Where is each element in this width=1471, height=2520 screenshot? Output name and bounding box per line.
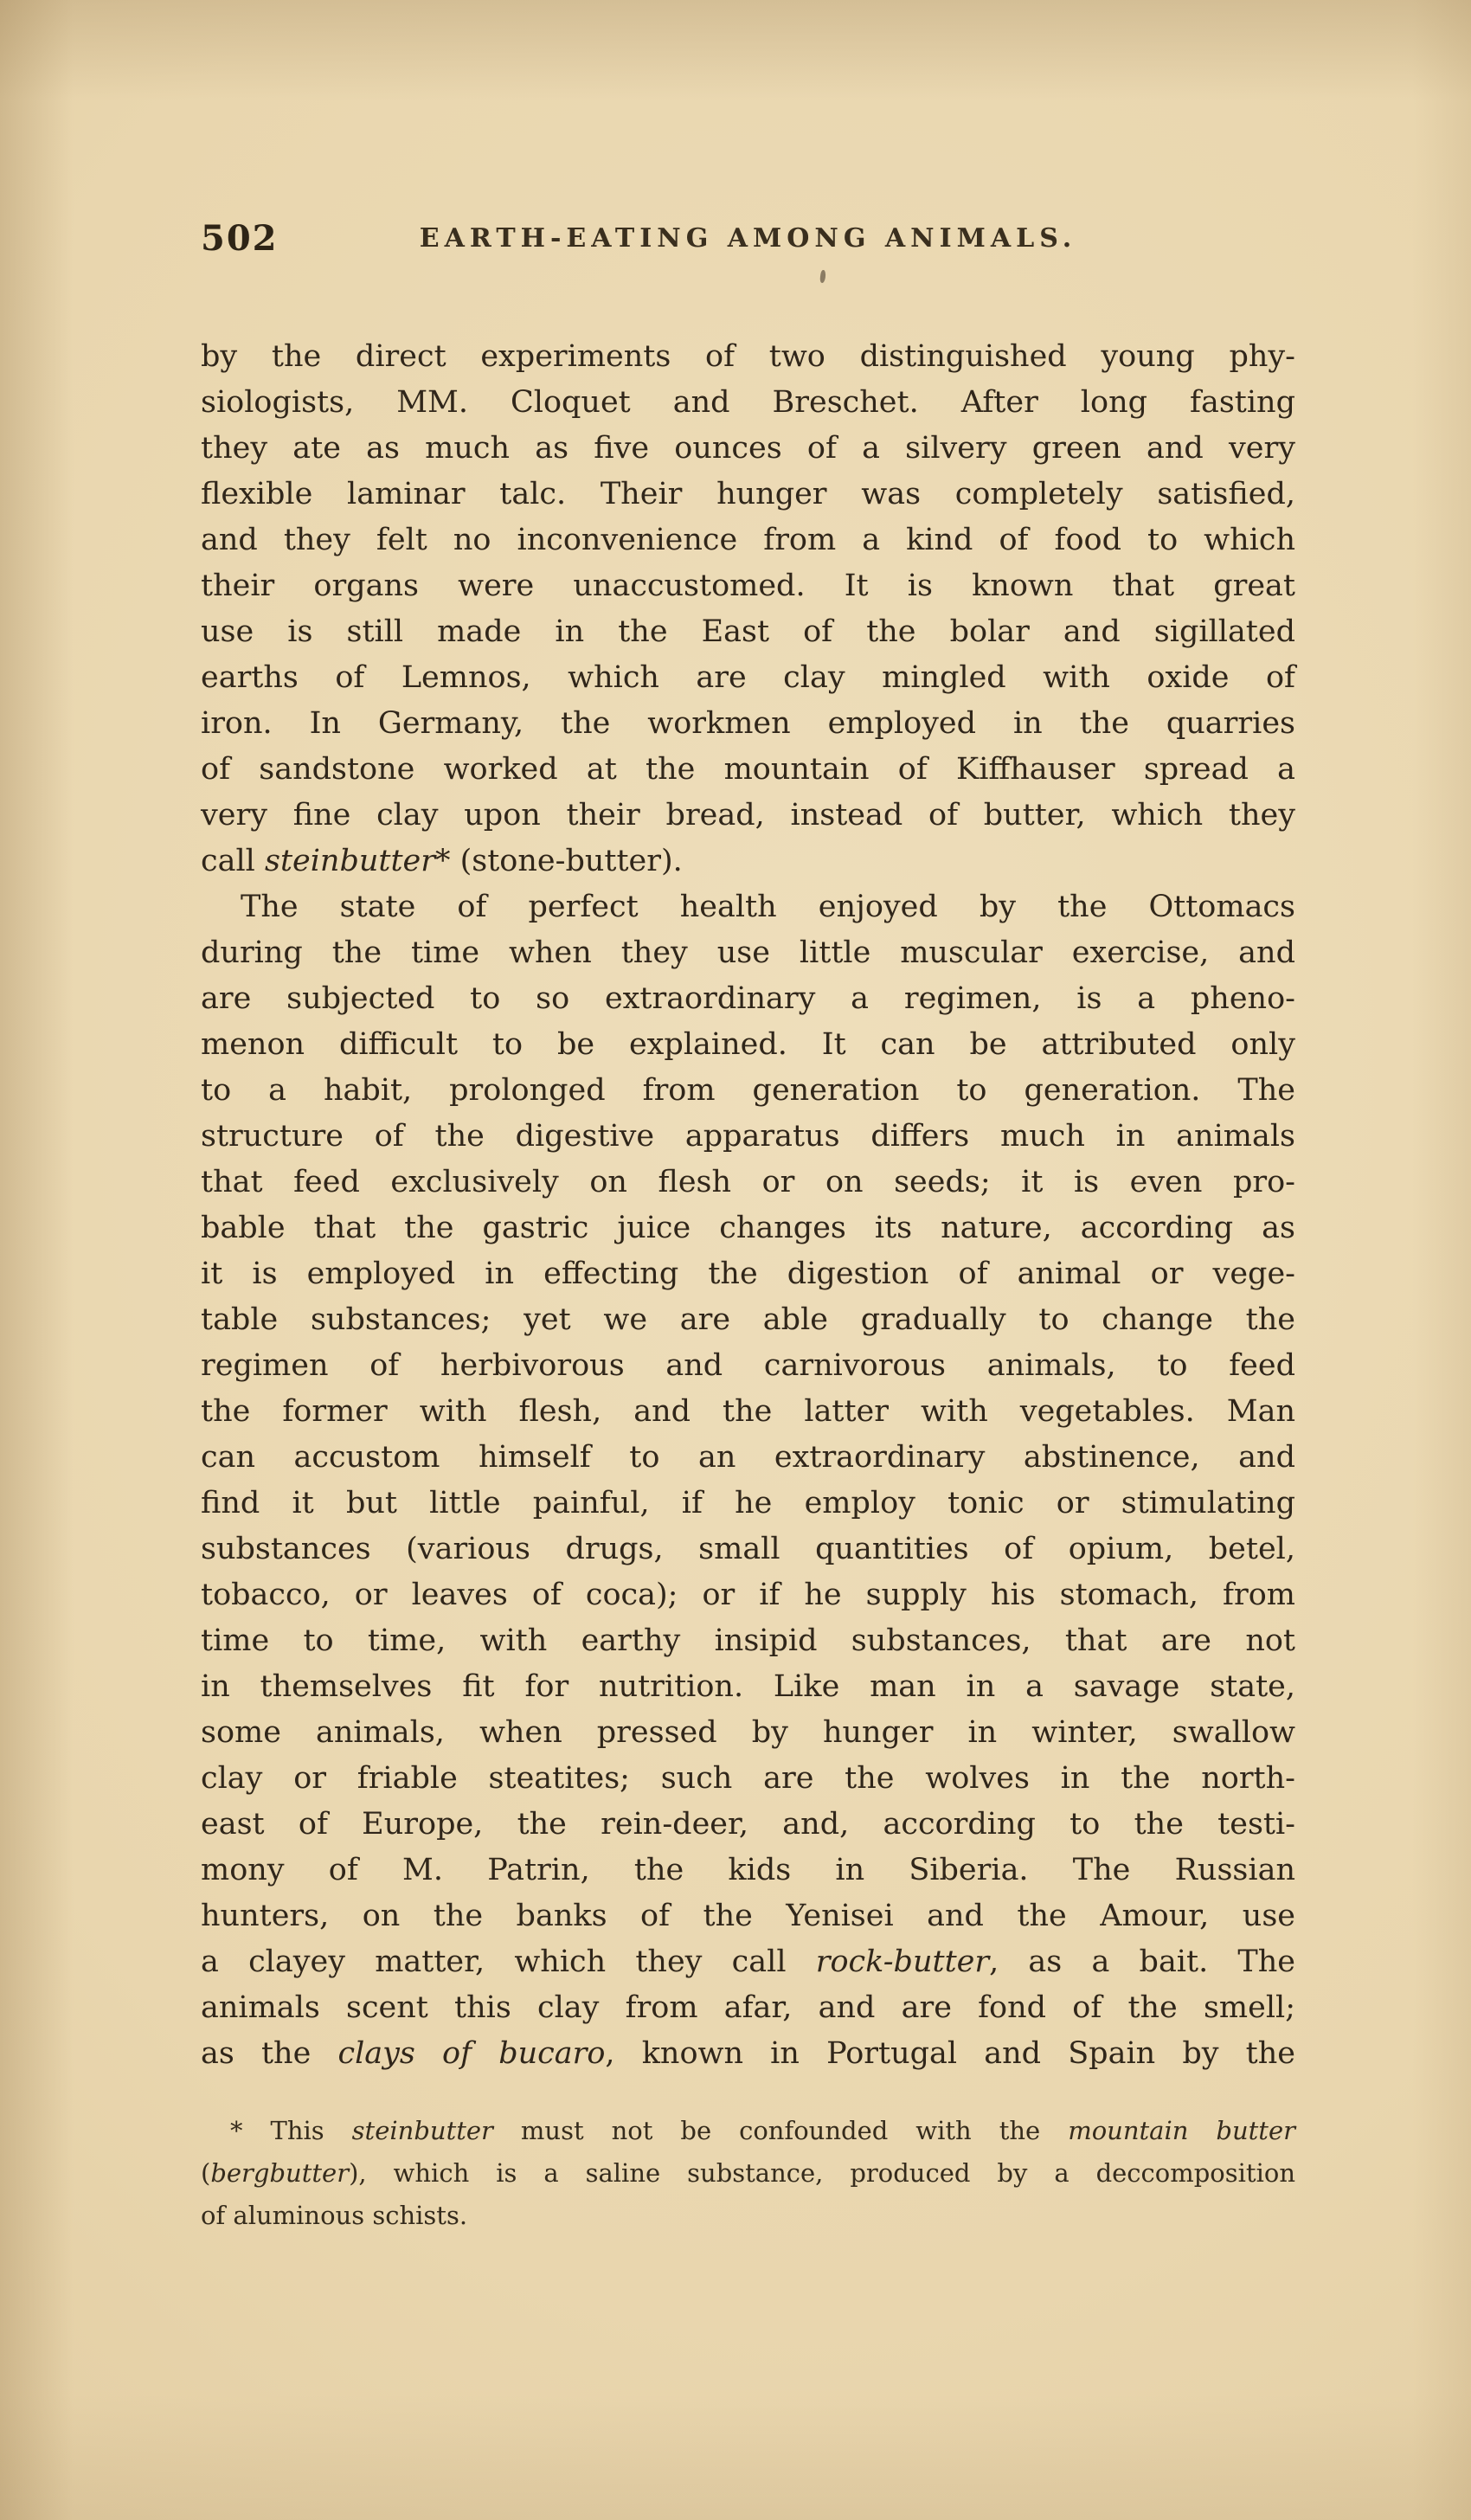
text-line: mony of M. Patrin, the kids in Siberia. … <box>201 1848 1295 1893</box>
text-line: table substances; yet we are able gradua… <box>201 1297 1295 1343</box>
footnote: * This steinbutter must not be confounde… <box>201 2110 1295 2237</box>
text-line: (bergbutter), which is a saline substanc… <box>201 2152 1295 2195</box>
text-line: as the clays of bucaro, known in Portuga… <box>201 2031 1295 2077</box>
text-line: tobacco, or leaves of coca); or if he su… <box>201 1572 1295 1618</box>
text-line: of sandstone worked at the mountain of K… <box>201 747 1295 793</box>
text-line: hunters, on the banks of the Yenisei and… <box>201 1893 1295 1939</box>
text-line: siologists, MM. Cloquet and Breschet. Af… <box>201 380 1295 426</box>
text-line: animals scent this clay from afar, and a… <box>201 1985 1295 2031</box>
text-line: can accustom himself to an extraordinary… <box>201 1435 1295 1481</box>
italic-term: mountain butter <box>1068 2116 1295 2145</box>
text-line: the former with flesh, and the latter wi… <box>201 1389 1295 1435</box>
text-line: flexible laminar talc. Their hunger was … <box>201 472 1295 517</box>
text-line: of aluminous schists. <box>201 2195 1295 2237</box>
text-line: find it but little painful, if he employ… <box>201 1481 1295 1527</box>
text-line: are subjected to so extraordinary a regi… <box>201 976 1295 1022</box>
running-title: EARTH-EATING AMONG ANIMALS. <box>201 223 1295 254</box>
text-line: during the time when they use little mus… <box>201 930 1295 976</box>
text-line: earths of Lemnos, which are clay mingled… <box>201 655 1295 701</box>
italic-term: steinbutter <box>265 844 435 878</box>
running-head: 502 EARTH-EATING AMONG ANIMALS. <box>201 218 1295 261</box>
text-line: clay or friable steatites; such are the … <box>201 1756 1295 1802</box>
text-line: call steinbutter* (stone-butter). <box>201 839 1295 884</box>
text-line: time to time, with earthy insipid substa… <box>201 1618 1295 1664</box>
text-line: it is employed in effecting the digestio… <box>201 1251 1295 1297</box>
text-line: iron. In Germany, the workmen employed i… <box>201 701 1295 747</box>
text-line: by the direct experiments of two disting… <box>201 334 1295 380</box>
text-line: some animals, when pressed by hunger in … <box>201 1710 1295 1756</box>
text-line: * This steinbutter must not be confounde… <box>201 2110 1295 2152</box>
text-line: to a habit, prolonged from generation to… <box>201 1068 1295 1114</box>
italic-term: clays of bucaro <box>337 2036 605 2071</box>
text-line: that feed exclusively on flesh or on see… <box>201 1160 1295 1205</box>
text-line: their organs were unaccustomed. It is kn… <box>201 563 1295 609</box>
text-line: menon difficult to be explained. It can … <box>201 1022 1295 1068</box>
body-text: by the direct experiments of two disting… <box>201 334 1295 2077</box>
italic-term: rock-butter <box>816 1945 989 1979</box>
text-line: substances (various drugs, small quantit… <box>201 1527 1295 1572</box>
text-line: use is still made in the East of the bol… <box>201 609 1295 655</box>
text-line: east of Europe, the rein-deer, and, acco… <box>201 1802 1295 1848</box>
text-line: and they felt no inconvenience from a ki… <box>201 517 1295 563</box>
book-page-scan: 502 EARTH-EATING AMONG ANIMALS. by the d… <box>0 0 1471 2520</box>
italic-term: steinbutter <box>352 2116 493 2145</box>
paragraph-ottomacs: The state of perfect health enjoyed by t… <box>201 884 1295 2077</box>
footnote-text: * This steinbutter must not be confounde… <box>201 2110 1295 2237</box>
text-line: regimen of herbivorous and carnivorous a… <box>201 1343 1295 1389</box>
text-line: in themselves fit for nutrition. Like ma… <box>201 1664 1295 1710</box>
text-line: The state of perfect health enjoyed by t… <box>201 884 1295 930</box>
text-line: a clayey matter, which they call rock-bu… <box>201 1939 1295 1985</box>
text-line: structure of the digestive apparatus dif… <box>201 1114 1295 1160</box>
text-line: they ate as much as five ounces of a sil… <box>201 426 1295 472</box>
text-line: very fine clay upon their bread, instead… <box>201 793 1295 839</box>
paragraph-continuation: by the direct experiments of two disting… <box>201 334 1295 884</box>
ink-speck <box>819 270 826 284</box>
italic-term: bergbutter <box>210 2158 349 2188</box>
text-line: bable that the gastric juice changes its… <box>201 1205 1295 1251</box>
